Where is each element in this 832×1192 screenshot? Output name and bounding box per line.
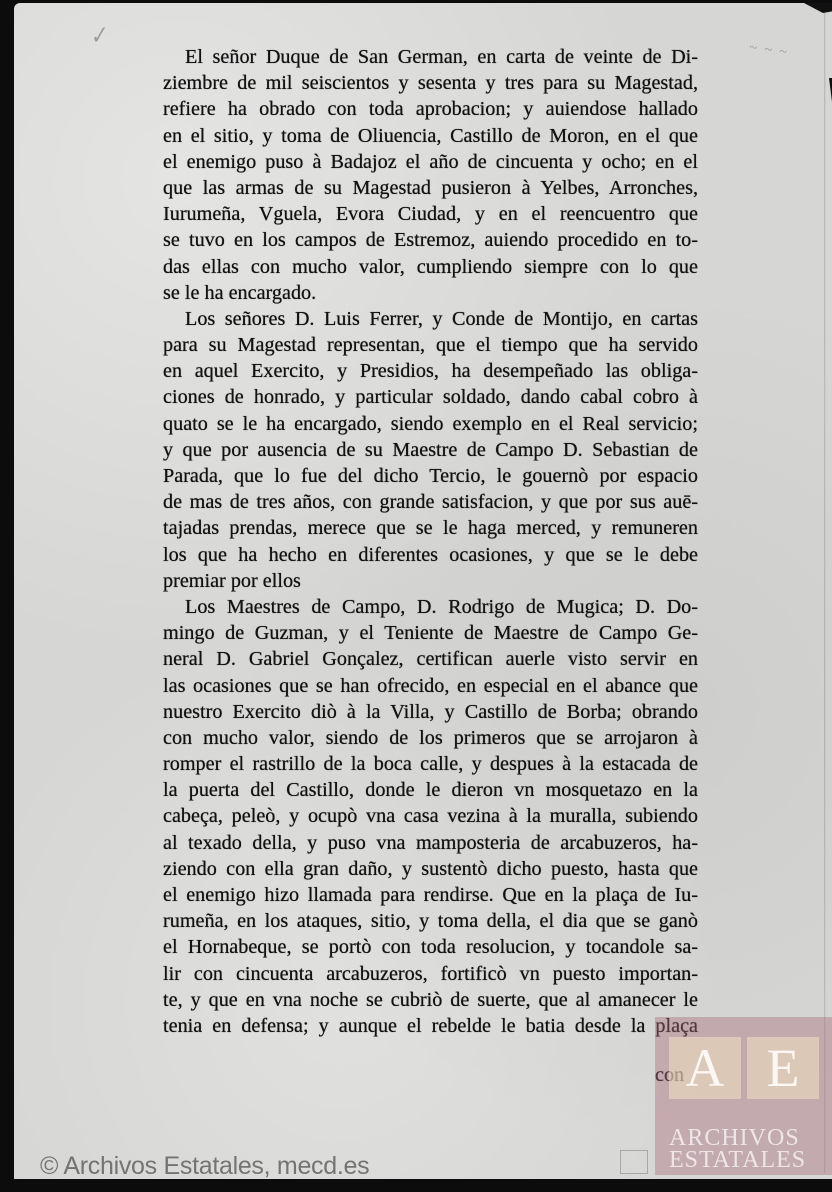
document-body-text: El señor Duque de San German, en carta d… [163,44,698,1039]
text-line: cabeça, peleò, y ocupò vna casa vezina à… [163,803,698,829]
text-line: tenia en defensa; y aunque el rebelde le… [163,1013,698,1039]
text-line: lir con cincuenta arcabuzeros, fortificò… [163,961,698,987]
text-line: ziendo con ella gran daño, y sustentò di… [163,856,698,882]
text-line: das ellas con mucho valor, cumpliendo si… [163,254,698,280]
text-line: neral D. Gabriel Gonçalez, certifican au… [163,646,698,672]
text-line: el enemigo puso à Badajoz el año de cinc… [163,149,698,175]
text-line: Iurumeña, Vguela, Evora Ciudad, y en el … [163,201,698,227]
text-line: y que por ausencia de su Maestre de Camp… [163,437,698,463]
text-line: que las armas de su Magestad pusieron à … [163,175,698,201]
text-line: para su Magestad representan, que el tie… [163,332,698,358]
copyright-notice: © Archivos Estatales, mecd.es [40,1152,369,1181]
text-line: en el sitio, y toma de Oliuencia, Castil… [163,123,698,149]
text-line: tajadas prendas, merece que se le haga m… [163,515,698,541]
watermark-label-estatales: ESTATALES [669,1147,829,1174]
handwritten-mark-top-right: ~ ~ ~ [748,40,790,61]
text-line: rumeña, en los ataques, sitio, y toma de… [163,908,698,934]
text-line: romper el rastrillo de la boca calle, y … [163,751,698,777]
text-line: nuestro Exercito diò à la Villa, y Casti… [163,699,698,725]
ae-logo: A E [669,1037,819,1099]
text-line: Los Maestres de Campo, D. Rodrigo de Mug… [163,594,698,620]
text-line: refiere ha obrado con toda aprobacion; y… [163,96,698,122]
archivos-estatales-watermark: A E ARCHIVOS ESTATALES [655,1017,832,1175]
text-line: se le ha encargado. [163,280,698,306]
text-line: premiar por ellos [163,568,698,594]
text-line: al texado della, y puso vna mamposteria … [163,830,698,856]
text-line: Los señores D. Luis Ferrer, y Conde de M… [163,306,698,332]
text-line: el Hornabeque, se portò con toda resoluc… [163,934,698,960]
text-line: El señor Duque de San German, en carta d… [163,44,698,70]
page-corner-tear [804,3,832,13]
handwritten-mark-top-left: ✓ [86,21,111,51]
text-line: quato se le ha encargado, siendo exemplo… [163,411,698,437]
text-line: Parada, que lo fue del dicho Tercio, le … [163,463,698,489]
logo-letter-e: E [747,1037,819,1099]
text-line: la puerta del Castillo, donde le dieron … [163,777,698,803]
text-line: las ocasiones que se han ofrecido, en es… [163,673,698,699]
text-line: en aquel Exercito, y Presidios, ha desem… [163,358,698,384]
signature-stamp-mark [620,1150,648,1174]
text-line: ziembre de mil seiscientos y sesenta y t… [163,70,698,96]
text-line: se tuvo en los campos de Estremoz, auien… [163,227,698,253]
text-line: te, y que en vna noche se cubriò de suer… [163,987,698,1013]
page-fold-line [824,13,826,1173]
text-line: con mucho valor, siendo de los primeros … [163,725,698,751]
text-line: de mas de tres años, con grande satisfac… [163,489,698,515]
text-line: ciones de honrado, y particular soldado,… [163,384,698,410]
logo-letter-a: A [669,1037,741,1099]
text-line: mingo de Guzman, y el Teniente de Maestr… [163,620,698,646]
text-line: el enemigo hizo llamada para rendirse. Q… [163,882,698,908]
text-line: los que ha hecho en diferentes ocasiones… [163,542,698,568]
